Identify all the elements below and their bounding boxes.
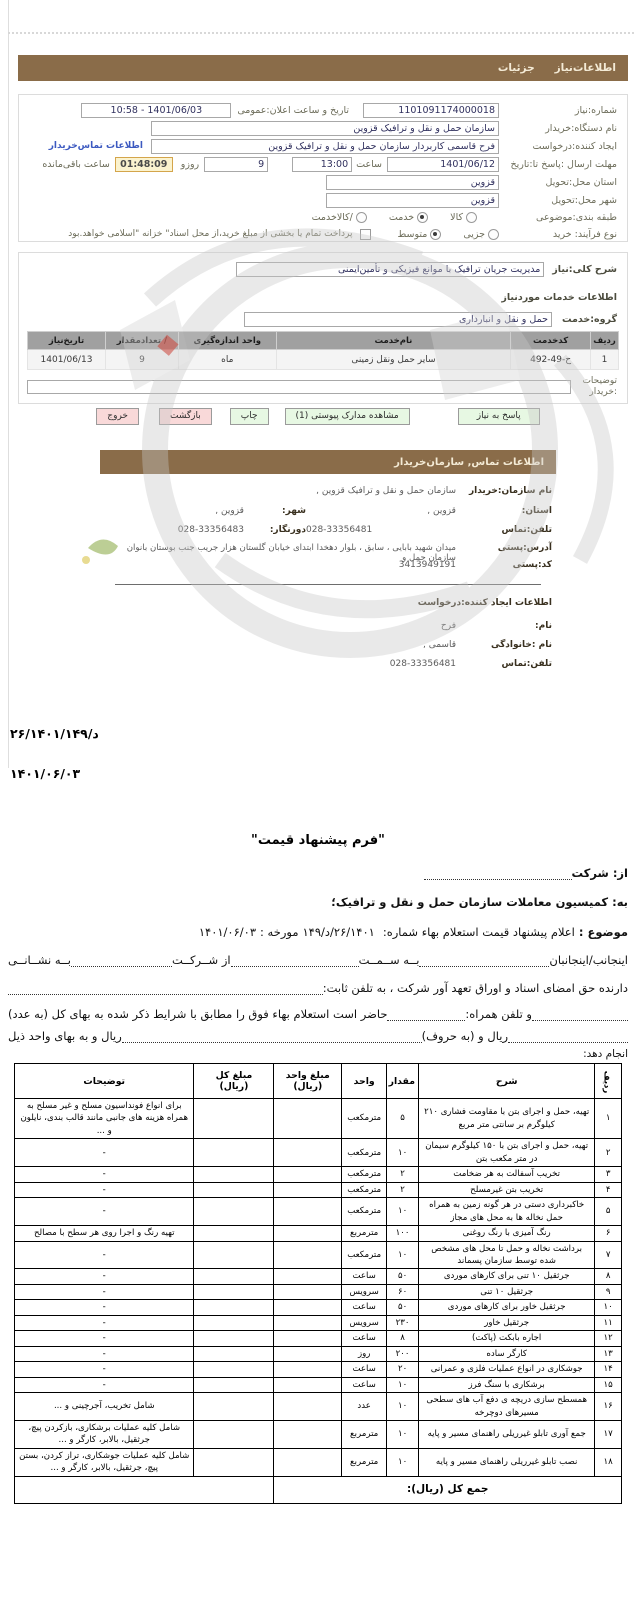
row-unit: عدد [342,1393,387,1421]
table-row: ۱۷جمع آوری تابلو غیرریلی راهنمای مسیر و … [15,1420,622,1448]
hour-label: ساعت [356,159,382,170]
contact-province-label: استان: [456,506,552,516]
buyer-label: نام دستگاه:خریدار [499,123,617,134]
service-unit: ماه [178,350,276,370]
row-note: - [15,1139,194,1167]
overall-desc-row: شرح کلی:نیاز مدیریت جریان ترافیک با موان… [27,261,617,277]
row-total-price[interactable] [194,1269,274,1284]
row-total-price[interactable] [194,1284,274,1299]
radio-minor[interactable]: جزیی [463,229,499,240]
remaining-hours-label: ساعت باقی‌مانده [42,159,109,170]
service-group-row: گروه:خدمت حمل و نقل و انبارداری [27,311,617,327]
radio-service-icon[interactable] [417,212,428,223]
row-no: ۱۷ [595,1420,622,1448]
doc-date: ۱۴۰۱/۰۶/۰۳ [10,766,80,781]
p3-mobile-blank [387,1010,465,1021]
row-unit: سرویس [342,1284,387,1299]
page-left-border [8,0,9,768]
row-total-price[interactable] [194,1226,274,1241]
back-button[interactable]: بازگشت [159,408,212,425]
row-unit-price[interactable] [274,1300,342,1315]
tab-need-info[interactable]: اطلاعات‌نیاز [555,62,616,74]
subject-label: موضوع : [579,925,628,939]
request-creator-title: اطلاعات ایجاد کننده:درخواست [418,598,552,608]
row-no: ۱ [595,1099,622,1139]
row-quantity: ۱۰ [387,1420,419,1448]
row-unit-price[interactable] [274,1420,342,1448]
row-no: ۱۴ [595,1362,622,1377]
creator-family-value: قاسمی , [423,640,456,650]
row-description: همسطح سازی دریچه ی دفع آب های سطحی مسیره… [419,1393,595,1421]
buyer-note-label: توضیحات:خریدار [571,376,617,398]
row-quantity: ۱۰ [387,1139,419,1167]
radio-goods-service-label: /کالاخدمت [312,212,353,223]
doc-from-label: از: شرکت [572,866,629,880]
watermark-yellow-dot [82,556,90,564]
service-table-row: 1 492-49-ح سایر حمل ونقل زمینی ماه 9 140… [28,350,619,370]
service-table: ردیف کدخدمت نام‌خدمت واحد اندازه‌گیری / … [27,331,619,370]
contact-city-label: شهر: [244,506,306,516]
row-unit: ساعت [342,1377,387,1392]
p1-name-blank [419,956,549,967]
row-total-price[interactable] [194,1167,274,1182]
respond-to-need-button[interactable]: پاسخ به نیاز [458,408,540,425]
row-unit-price[interactable] [274,1377,342,1392]
row-note: - [15,1315,194,1330]
org-name-value: سازمان حمل و نقل و ترافیک قزوین , [316,486,456,496]
row-description: برشکاری با سنگ فرز [419,1377,595,1392]
action-buttons: خروج بازگشت چاپ مشاهده مدارک پیوستی (1) … [0,408,636,425]
overall-desc-label: شرح کلی:نیاز [552,264,617,275]
process-type-row: نوع فرآیند: خرید جزیی متوسط پرداخت تمام … [27,226,617,242]
table-row: ۱۲اجاره بابکت (پاکت)۸ساعت- [15,1331,622,1346]
service-name: سایر حمل ونقل زمینی [276,350,510,370]
buyer-contact-title: اطلاعات تماس, سازمان‌خریدار [394,457,544,468]
announce-datetime-label: تاریخ و ساعت اعلان:عمومی [237,105,349,116]
row-no: ۶ [595,1226,622,1241]
radio-medium-label: متوسط [397,229,427,240]
table-row: ۱۱جرثقیل خاور۲۳۰سرویس- [15,1315,622,1330]
grand-total-value-cell[interactable] [15,1476,274,1503]
contact-province-value: قزوین , [306,506,456,516]
row-description: تخریب آسفالت به هر ضخامت [419,1167,595,1182]
doc-do-line: انجام دهد: [8,1048,628,1060]
p1-address-label: بــه نشــانــی [8,953,71,967]
row-description: اجاره بابکت (پاکت) [419,1331,595,1346]
row-no: ۱۳ [595,1346,622,1361]
row-no: ۱۲ [595,1331,622,1346]
p1-position-blank [231,956,359,967]
p3-offer-text: حاضر است استعلام بهاء فوق را مطابق با شر… [8,1007,387,1021]
row-no: ۱۸ [595,1448,622,1476]
row-note: - [15,1362,194,1377]
radio-minor-icon[interactable] [488,229,499,240]
service-group-label: گروه:خدمت [562,314,617,325]
table-row: ۱۳کارگر ساده۲۰۰روز- [15,1346,622,1361]
row-description: تخریب بتن غیرمسلح [419,1182,595,1197]
row-description: کارگر ساده [419,1346,595,1361]
subject-ref-number: ۲۶/۱۴۰۱/د/۱۴۹ [302,925,374,939]
p1-company-blank [71,956,172,967]
contact-phone-label: تلفن:تماس [456,525,552,535]
doc-paragraph-line3: حاضر است استعلام بهاء فوق را مطابق با شر… [8,1007,628,1021]
header-quantity: مقدار [387,1064,419,1099]
row-quantity: ۵۰ [387,1300,419,1315]
row-quantity: ۱۰ [387,1448,419,1476]
creator-phone-value: 028-33356481 [390,659,456,669]
p4-amount-blank [508,1032,628,1043]
header-unit: واحد [342,1064,387,1099]
need-number-label: شماره:نیاز [499,105,617,116]
row-description: نصب تابلو غیرریلی راهنمای مسیر و پایه [419,1448,595,1476]
radio-medium-icon[interactable] [430,229,441,240]
subject-text: اعلام پیشنهاد قیمت استعلام بهاء شماره: [383,925,575,939]
row-no: ۸ [595,1269,622,1284]
contact-fax-label: دورنگار: [244,525,306,535]
header-unit-price: مبلغ واحد (ریال) [274,1064,342,1099]
org-name-label: نام سازمان:خریدار [456,486,552,496]
row-quantity: ۲۰ [387,1362,419,1377]
price-table-footer: جمع کل (ریال): [15,1476,622,1503]
table-row: ۱۶همسطح سازی دریچه ی دفع آب های سطحی مسی… [15,1393,622,1421]
row-quantity: ۱۰ [387,1241,419,1269]
treasury-payment-note: پرداخت تمام یا بخشی از مبلغ خرید،از محل … [68,229,352,239]
header-description: شرح [419,1064,595,1099]
table-row: ۳تخریب آسفالت به هر ضخامت۲مترمکعب- [15,1167,622,1182]
row-unit-price[interactable] [274,1139,342,1167]
contact-divider [115,584,541,585]
creator-field[interactable]: فرح قاسمی کاربردار سازمان حمل و نقل و تر… [151,139,499,154]
city-row: شهر محل:تحویل قزوین [27,192,617,208]
row-no: ۵ [595,1198,622,1226]
p2-text: دارنده حق امضای اسناد و اوراق تعهد آور ش… [323,981,628,995]
announce-datetime-field[interactable]: 10:58 - 1401/06/03 [81,103,231,118]
row-unit-price[interactable] [274,1284,342,1299]
row-quantity: ۱۰ [387,1393,419,1421]
row-total-price[interactable] [194,1241,274,1269]
row-no: ۱۱ [595,1315,622,1330]
doc-do-label: انجام دهد: [583,1048,628,1060]
row-note: برای انواع فونداسیون مسلح و غیر مسلح به … [15,1099,194,1139]
row-unit: مترمربع [342,1420,387,1448]
creator-label: ایجاد کننده:درخواست [499,141,617,152]
need-number-field[interactable]: 1101091174000018 [363,103,499,118]
buyer-contact-title-bar: اطلاعات تماس, سازمان‌خریدار [100,450,556,474]
contact-city-value: قزوین , [215,506,244,516]
contact-fax-value: 028-33356483 [178,525,244,535]
row-quantity: ۸ [387,1331,419,1346]
creator-name-value: فرح [441,621,456,631]
services-info-title: اطلاعات خدمات موردنیاز [27,289,617,305]
row-description: برداشت نخاله و حمل تا محل های مشخص شده ت… [419,1241,595,1269]
province-row: استان محل:تحویل قزوین [27,174,617,190]
service-table-header: ردیف کدخدمت نام‌خدمت واحد اندازه‌گیری / … [28,332,619,350]
row-no: ۴ [595,1182,622,1197]
table-row: ۹جرثقیل ۱۰ تنی۶۰سرویس- [15,1284,622,1299]
doc-subject-line: ۱۴۰۱/۰۶/۰۳ مورخه : ۲۶/۱۴۰۱/د/۱۴۹ اعلام پ… [8,925,628,939]
deadline-label: مهلت ارسال :پاسخ تا:تاریخ [499,159,617,170]
row-note: - [15,1241,194,1269]
col-unit: واحد اندازه‌گیری [178,332,276,350]
row-total-price[interactable] [194,1300,274,1315]
radio-service-label: خدمت [389,212,414,223]
countdown-timer: 01:48:09 [115,157,173,172]
row-total-price[interactable] [194,1182,274,1197]
col-quantity: / تعدادمقدار [105,332,178,350]
remaining-days-field[interactable]: 9 [204,157,268,172]
row-no: ۷ [595,1241,622,1269]
row-note: تهیه رنگ و اجرا روی هر سطح با مصالح [15,1226,194,1241]
row-unit: ساعت [342,1300,387,1315]
row-note: شامل تخریب، آجرچینی و ... [15,1393,194,1421]
postal-code-row: کد:پستی 3413949191 [100,560,552,570]
doc-from-line: از: شرکت [8,866,628,880]
table-row: ۶رنگ آمیزی با رنگ روغنی۱۰۰مترمربعتهیه رن… [15,1226,622,1241]
radio-goods-label: کالا [450,212,463,223]
row-total-price[interactable] [194,1420,274,1448]
doc-title: "فرم پیشنهاد قیمت" [0,833,636,848]
row-quantity: ۲۳۰ [387,1315,419,1330]
contact-phone-value: 028-33356481 [306,525,456,535]
doc-paragraph-line4: ریال و به بهای واحد ذیل ریال و (به حروف) [8,1029,628,1043]
row-unit: مترمربع [342,1226,387,1241]
row-description: تهیه، حمل و اجرای بتن با ۱۵۰ کیلوگرم سیم… [419,1139,595,1167]
radio-goods-service[interactable]: /کالاخدمت [312,212,367,223]
row-unit-price[interactable] [274,1346,342,1361]
creator-name-label: نام: [456,621,552,631]
table-row: ۷برداشت نخاله و حمل تا محل های مشخص شده … [15,1241,622,1269]
row-quantity: ۲ [387,1167,419,1182]
province-field[interactable]: قزوین [326,175,499,190]
row-description: تهیه، حمل و اجرای بتن با مقاومت فشاری ۲۱… [419,1099,595,1139]
city-label: شهر محل:تحویل [499,195,617,206]
row-unit-price[interactable] [274,1362,342,1377]
row-description: جرثقیل خاور برای کارهای موردی [419,1300,595,1315]
row-description: رنگ آمیزی با رنگ روغنی [419,1226,595,1241]
service-code: 492-49-ح [511,350,591,370]
row-unit-price[interactable] [274,1099,342,1139]
p4-unit-price-text: ریال و به بهای واحد ذیل [8,1029,122,1043]
deadline-row: مهلت ارسال :پاسخ تا:تاریخ 1401/06/12 ساع… [27,156,617,172]
need-number-row: شماره:نیاز 1101091174000018 تاریخ و ساعت… [27,102,617,118]
header-total-price: مبلغ کل (ریال) [194,1064,274,1099]
grand-total-label: جمع کل (ریال): [274,1476,622,1503]
row-unit-price[interactable] [274,1167,342,1182]
row-unit: مترمکعب [342,1241,387,1269]
row-total-price[interactable] [194,1331,274,1346]
row-unit: مترمکعب [342,1139,387,1167]
row-no: ۳ [595,1167,622,1182]
doc-to-line: به: کمیسیون معاملات سازمان حمل و نقل و ت… [8,895,628,909]
row-total-price[interactable] [194,1198,274,1226]
row-unit: مترمکعب [342,1182,387,1197]
row-note: - [15,1167,194,1182]
radio-medium[interactable]: متوسط [397,229,441,240]
radio-goods-icon[interactable] [466,212,477,223]
buyer-row: نام دستگاه:خریدار سازمان حمل و نقل و ترا… [27,120,617,136]
price-table-body: ۱تهیه، حمل و اجرای بتن با مقاومت فشاری ۲… [15,1099,622,1477]
row-no: ۹ [595,1284,622,1299]
radio-goods-service-icon[interactable] [356,212,367,223]
row-description: جرثقیل خاور [419,1315,595,1330]
p4-words-blank [122,1032,422,1043]
province-city-row: استان: قزوین , شهر: قزوین , [100,506,552,516]
row-unit: سرویس [342,1315,387,1330]
table-row: ۱۸نصب تابلو غیرریلی راهنمای مسیر و پایه۱… [15,1448,622,1476]
deadline-time-field[interactable]: 13:00 [292,157,352,172]
row-unit-price[interactable] [274,1182,342,1197]
deadline-date-field[interactable]: 1401/06/12 [387,157,499,172]
row-quantity: ۱۰ [387,1198,419,1226]
need-summary-panel: شماره:نیاز 1101091174000018 تاریخ و ساعت… [18,94,628,242]
row-unit: مترمکعب [342,1198,387,1226]
service-row-no: 1 [591,350,619,370]
view-attachments-button[interactable]: مشاهده مدارک پیوستی (1) [285,408,410,425]
top-divider [8,32,634,34]
row-total-price[interactable] [194,1393,274,1421]
days-label: روزو [181,159,199,170]
exit-button[interactable]: خروج [96,408,139,425]
row-quantity: ۵۰ [387,1269,419,1284]
creator-family-label: نام :خانوادگی [456,640,552,650]
row-total-price[interactable] [194,1139,274,1167]
p4-rial-words-label: ریال و (به حروف) [422,1029,508,1043]
city-field[interactable]: قزوین [326,193,499,208]
radio-minor-label: جزیی [463,229,485,240]
row-note: شامل کلیه عملیات برشکاری، بازکردن پیچ، ج… [15,1420,194,1448]
tab-details[interactable]: جزئیات [498,62,535,74]
row-quantity: ۲۰۰ [387,1346,419,1361]
row-total-price[interactable] [194,1362,274,1377]
overall-desc-field[interactable]: مدیریت جریان ترافیک با موانع فیزیکی و تأ… [236,262,544,277]
radio-goods[interactable]: کالا [450,212,477,223]
table-row: ۸جرثقیل ۱۰ تنی برای کارهای موردی۵۰ساعت- [15,1269,622,1284]
p3-phone-blank [532,1010,628,1021]
row-quantity: ۲ [387,1182,419,1197]
row-note: - [15,1269,194,1284]
row-note: - [15,1198,194,1226]
row-unit-price[interactable] [274,1241,342,1269]
doc-paragraph-line2: دارنده حق امضای اسناد و اوراق تعهد آور ش… [8,981,628,995]
table-row: ۱۰جرثقیل خاور برای کارهای موردی۵۰ساعت- [15,1300,622,1315]
row-note: شامل کلیه عملیات جوشکاری، تراز کردن، بست… [15,1448,194,1476]
row-unit-price[interactable] [274,1269,342,1284]
row-note: - [15,1377,194,1392]
creator-phone-row: تلفن:تماس 028-33356481 [100,659,552,669]
row-unit: مترمکعب [342,1167,387,1182]
doc-to-text: به: کمیسیون معاملات سازمان حمل و نقل و ت… [331,895,628,909]
row-no: ۱۰ [595,1300,622,1315]
table-row: ۴تخریب بتن غیرمسلح۲مترمکعب- [15,1182,622,1197]
col-service-name: نام‌خدمت [276,332,510,350]
row-unit: روز [342,1346,387,1361]
table-row: ۵خاکبرداری دستی در هر گونه زمین به همراه… [15,1198,622,1226]
doc-paragraph-line1: بــه نشــانــی از شــرکــت بــه ســمــت … [8,953,628,967]
postal-code-label: کد:پستی [456,560,552,570]
row-total-price[interactable] [194,1315,274,1330]
row-note: - [15,1182,194,1197]
request-creator-title-row: اطلاعات ایجاد کننده:درخواست [100,598,552,608]
row-no: ۱۵ [595,1377,622,1392]
phone-fax-row: تلفن:تماس 028-33356481 دورنگار: 028-3335… [100,525,552,535]
service-qty: 9 [105,350,178,370]
row-note: - [15,1346,194,1361]
creator-name-row: نام: فرح [100,621,552,631]
province-label: استان محل:تحویل [499,177,617,188]
buyer-field[interactable]: سازمان حمل و نقل و ترافیک قزوین [151,121,499,136]
buyer-contact-link[interactable]: اطلاعات تماس‌خریدار [49,141,143,151]
price-table-header: ردیف شرح مقدار واحد مبلغ واحد (ریال) مبل… [15,1064,622,1099]
row-total-price[interactable] [194,1377,274,1392]
creator-row: ایجاد کننده:درخواست فرح قاسمی کاربردار س… [27,138,617,154]
table-row: ۱۵برشکاری با سنگ فرز۱۰ساعت- [15,1377,622,1392]
table-row: ۲تهیه، حمل و اجرای بتن با ۱۵۰ کیلوگرم سی… [15,1139,622,1167]
row-unit-price[interactable] [274,1393,342,1421]
row-quantity: ۱۰ [387,1377,419,1392]
row-no: ۱۶ [595,1393,622,1421]
postal-code-value: 3413949191 [399,560,456,570]
need-description-panel: شرح کلی:نیاز مدیریت جریان ترافیک با موان… [18,252,628,404]
row-unit-price[interactable] [274,1315,342,1330]
row-unit-price[interactable] [274,1331,342,1346]
row-description: جوشکاری در انواع عملیات فلزی و عمرانی [419,1362,595,1377]
classification-label: طبقه بندی:موضوعی [499,212,617,223]
p1-position-label: بــه ســمــت [359,953,420,967]
row-description: جرثقیل ۱۰ تنی برای کارهای موردی [419,1269,595,1284]
service-group-field[interactable]: حمل و نقل و انبارداری [244,312,552,327]
price-proposal-table: ردیف شرح مقدار واحد مبلغ واحد (ریال) مبل… [14,1063,622,1504]
row-unit: مترمربع [342,1448,387,1476]
row-unit: ساعت [342,1331,387,1346]
header-row-no: ردیف [595,1064,622,1099]
classification-row: طبقه بندی:موضوعی کالا خدمت /کالاخدمت [27,209,617,225]
treasury-payment-checkbox[interactable] [360,229,371,240]
row-quantity: ۵ [387,1099,419,1139]
row-description: جرثقیل ۱۰ تنی [419,1284,595,1299]
col-need-date: تاریخ‌نیاز [28,332,106,350]
row-unit: مترمکعب [342,1099,387,1139]
doc-reference-number: ۲۶/۱۴۰۱/د/۱۴۹ [10,726,99,741]
header-note: توضیحات [15,1064,194,1099]
print-button[interactable]: چاپ [230,408,269,425]
row-note: - [15,1300,194,1315]
row-quantity: ۶۰ [387,1284,419,1299]
row-total-price[interactable] [194,1448,274,1476]
address-label: آدرس:پستی [456,543,552,553]
buyer-note-field[interactable] [27,380,571,394]
creator-family-row: نام :خانوادگی قاسمی , [100,640,552,650]
row-total-price[interactable] [194,1099,274,1139]
procurement-need-page: اطلاعات‌نیاز جزئیات شماره:نیاز 110109117… [0,0,636,1621]
p1-company-label: از شــرکــت [172,953,231,967]
row-unit-price[interactable] [274,1226,342,1241]
row-unit-price[interactable] [274,1448,342,1476]
subject-dated-label: مورخه : [260,925,298,939]
creator-phone-label: تلفن:تماس [456,659,552,669]
org-name-row: نام سازمان:خریدار سازمان حمل و نقل و ترا… [100,486,552,496]
p1-undersigned-label: اینجانب/اینجانبان [549,953,628,967]
radio-service[interactable]: خدمت [389,212,428,223]
p2-blank [8,984,323,995]
row-note: - [15,1331,194,1346]
row-description: جمع آوری تابلو غیرریلی راهنمای مسیر و پا… [419,1420,595,1448]
p3-mobile-label: و تلفن همراه: [465,1007,532,1021]
row-unit: ساعت [342,1269,387,1284]
row-unit: ساعت [342,1362,387,1377]
buyer-note-row: توضیحات:خریدار [27,375,617,399]
row-total-price[interactable] [194,1346,274,1361]
row-unit-price[interactable] [274,1198,342,1226]
